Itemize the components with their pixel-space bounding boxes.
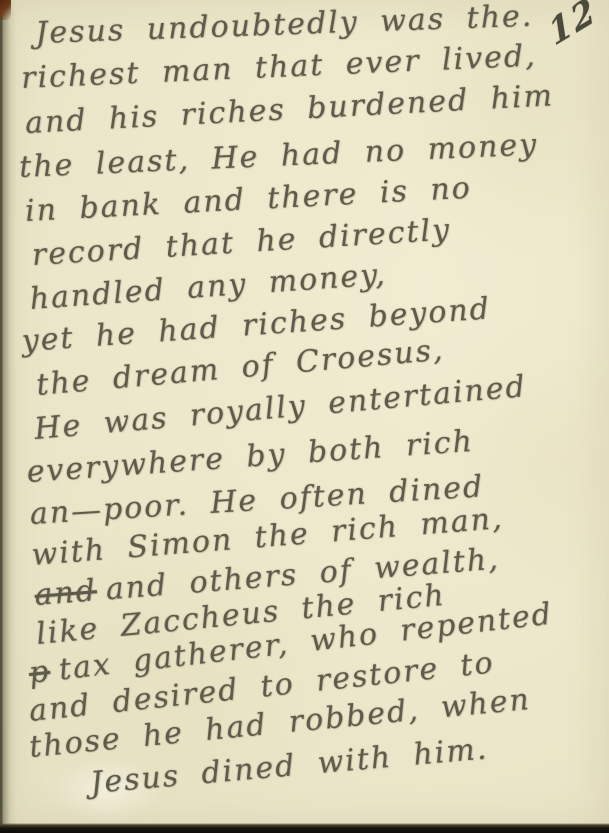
corner-stain bbox=[0, 0, 11, 20]
struck-word: p bbox=[27, 654, 52, 691]
page-number: 12 bbox=[544, 0, 601, 55]
binding-edge bbox=[0, 0, 16, 833]
page-bottom-edge bbox=[0, 823, 609, 833]
struck-word: and bbox=[33, 573, 98, 613]
manuscript-page: 12 Jesus undoubtedly was the. richest ma… bbox=[0, 0, 609, 833]
